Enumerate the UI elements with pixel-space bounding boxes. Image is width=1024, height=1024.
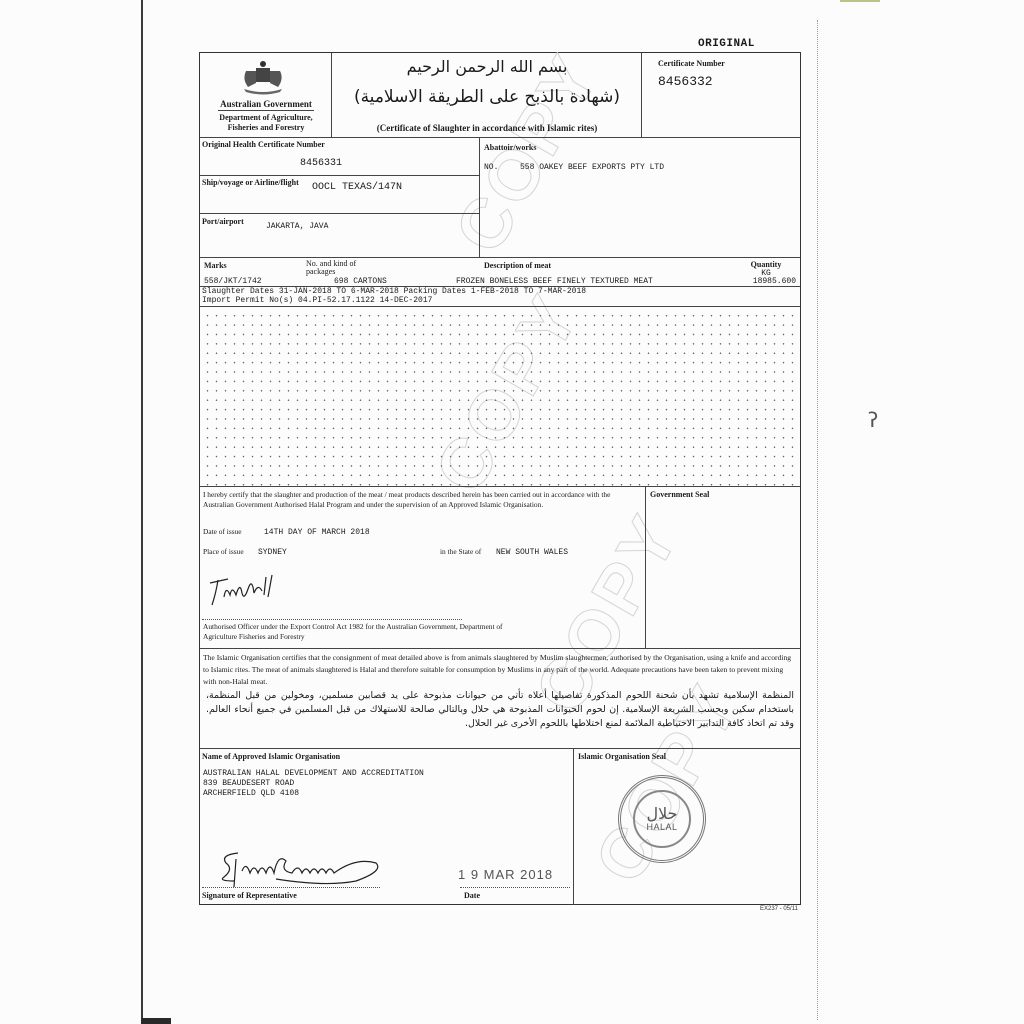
- signature-label: Signature of Representative: [202, 891, 297, 900]
- punch-mark: ʔ: [868, 408, 878, 432]
- vessel-label: Ship/voyage or Airline/flight: [202, 178, 299, 187]
- col-header-packages: No. and kind of packages: [306, 260, 376, 276]
- scan-artifact: [840, 0, 880, 2]
- government-seal-cell: Government Seal: [646, 487, 800, 649]
- organisation-street: 839 BEAUDESERT ROAD: [203, 779, 294, 788]
- government-certification: I hereby certify that the slaughter and …: [200, 487, 646, 649]
- col-header-description: Description of meat: [484, 261, 551, 270]
- health-cert-label: Original Health Certificate Number: [202, 140, 325, 149]
- health-cert-value: 8456331: [300, 158, 342, 169]
- dot-fill: [200, 307, 800, 486]
- goods-notes: Slaughter Dates 31-JAN-2018 TO 6-MAR-201…: [200, 287, 800, 307]
- cell-packages: 698 CARTONS: [334, 277, 387, 286]
- scan-edge-corner: [141, 1018, 171, 1024]
- cell-quantity: 18985.600: [738, 277, 796, 286]
- note-import-permit: Import Permit No(s) 04.PI-52.17.1122 14-…: [202, 296, 432, 305]
- form-code: EX237 - 05/11: [760, 906, 798, 912]
- abattoir-label: Abattoir/works: [484, 143, 536, 152]
- title-english: (Certificate of Slaughter in accordance …: [332, 123, 642, 133]
- organisation-city: ARCHERFIELD QLD 4108: [203, 789, 299, 798]
- islamic-seal-label: Islamic Organisation Seal: [578, 752, 666, 761]
- halal-seal-center: حلال HALAL: [633, 790, 691, 848]
- col-header-marks: Marks: [204, 261, 227, 270]
- halal-seal-icon: حلال HALAL: [618, 775, 706, 863]
- goods-table: Marks No. and kind of packages Descripti…: [200, 258, 800, 287]
- place-of-issue-value: SYDNEY: [258, 548, 287, 557]
- state-label: in the State of: [440, 547, 481, 557]
- vessel-value: OOCL TEXAS/147N: [312, 182, 402, 193]
- date-stamp: 1 9 MAR 2018: [458, 867, 553, 882]
- issuer-department: Department of Agriculture, Fisheries and…: [210, 113, 322, 132]
- issuer-government: Australian Government: [200, 99, 332, 109]
- date-line: [460, 887, 570, 888]
- health-cert-cell: Original Health Certificate Number 84563…: [200, 138, 480, 176]
- date-of-issue-label: Date of issue: [203, 527, 242, 537]
- islamic-statement-english: The Islamic Organisation certifies that …: [203, 652, 797, 688]
- col-header-quantity: Quantity: [738, 260, 794, 269]
- port-label: Port/airport: [202, 217, 244, 226]
- certificate-number: 8456332: [658, 74, 713, 89]
- divider: [218, 110, 314, 111]
- halal-seal-english: HALAL: [646, 822, 677, 832]
- date-label: Date: [464, 891, 480, 900]
- government-statement: I hereby certify that the slaughter and …: [203, 490, 635, 509]
- port-value: JAKARTA, JAVA: [266, 222, 328, 231]
- date-of-issue-value: 14TH DAY OF MARCH 2018: [264, 528, 370, 537]
- halal-seal-arabic: حلال: [646, 806, 677, 822]
- vessel-cell: Ship/voyage or Airline/flight OOCL TEXAS…: [200, 176, 480, 214]
- place-of-issue-label: Place of issue: [203, 547, 244, 557]
- officer-caption: Authorised Officer under the Export Cont…: [203, 622, 503, 641]
- officer-signature-line: [202, 619, 462, 620]
- representative-signature: [216, 847, 386, 887]
- officer-signature: [206, 571, 286, 611]
- port-cell: Port/airport JAKARTA, JAVA: [200, 214, 480, 258]
- islamic-statement-arabic: المنظمة الإسلامية تشهد بأن شحنة اللحوم ا…: [206, 689, 794, 731]
- certificate-form: COPY COPY COPY COPY Australian Governmen…: [199, 52, 801, 905]
- islamic-statement: The Islamic Organisation certifies that …: [200, 649, 800, 749]
- signature-line: [202, 887, 380, 888]
- copy-label: ORIGINAL: [698, 38, 755, 50]
- certificate-number-label: Certificate Number: [658, 59, 725, 68]
- government-seal-label: Government Seal: [650, 490, 709, 499]
- scan-edge: [141, 0, 143, 1024]
- cell-marks: 558/JKT/1742: [204, 277, 262, 286]
- note-slaughter-dates: Slaughter Dates 31-JAN-2018 TO 6-MAR-201…: [202, 287, 586, 296]
- issuer-block: Australian Government Department of Agri…: [200, 53, 332, 138]
- abattoir-value: 558 OAKEY BEEF EXPORTS PTY LTD: [520, 163, 664, 172]
- coat-of-arms-icon: [240, 59, 286, 95]
- islamic-seal-cell: Islamic Organisation Seal حلال HALAL: [574, 749, 800, 905]
- basmala: بسم الله الرحمن الرحيم: [332, 57, 642, 76]
- page-edge: [817, 20, 819, 1020]
- title-arabic: (شهادة بالذبح على الطريقة الاسلامية): [332, 87, 642, 107]
- abattoir-cell: Abattoir/works NO. 558 OAKEY BEEF EXPORT…: [480, 138, 800, 258]
- title-block: بسم الله الرحمن الرحيم (شهادة بالذبح على…: [332, 53, 642, 138]
- islamic-organisation-cell: Name of Approved Islamic Organisation AU…: [200, 749, 574, 905]
- organisation-name: AUSTRALIAN HALAL DEVELOPMENT AND ACCREDI…: [203, 769, 424, 778]
- organisation-label: Name of Approved Islamic Organisation: [202, 752, 340, 761]
- cell-description: FROZEN BONELESS BEEF FINELY TEXTURED MEA…: [456, 277, 653, 286]
- abattoir-no-label: NO.: [484, 163, 498, 172]
- certificate-number-block: Certificate Number 8456332: [642, 53, 800, 138]
- state-value: NEW SOUTH WALES: [496, 548, 568, 557]
- blank-dotted-area: [200, 307, 800, 487]
